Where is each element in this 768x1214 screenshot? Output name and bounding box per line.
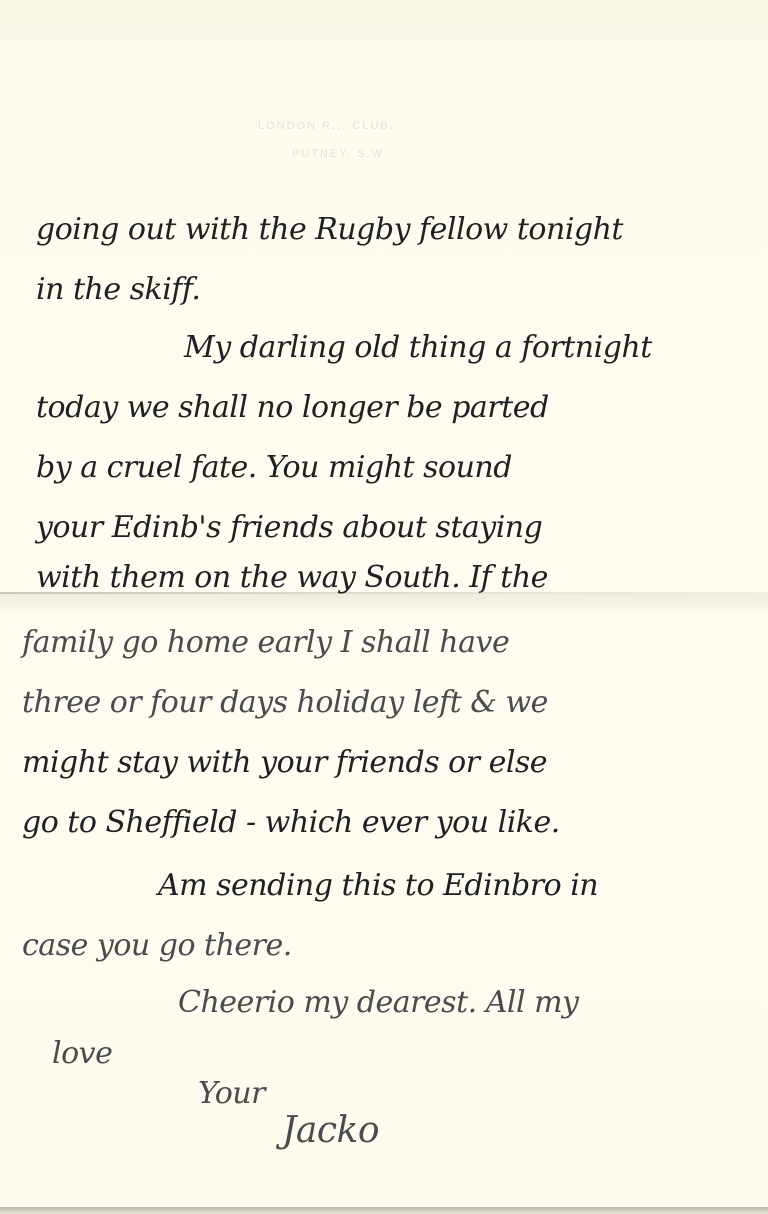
handwritten-line-10: might stay with your friends or else [22,745,547,780]
paper-fold-shadow [0,594,768,616]
handwritten-line-13: case you go there. [22,928,292,963]
handwritten-line-11: go to Sheffield - which ever you like. [22,805,560,840]
page-bottom-edge [0,1207,768,1214]
handwritten-line-14: Cheerio my dearest. All my [178,985,579,1020]
handwritten-line-2: in the skiff. [36,272,200,307]
handwritten-line-8: family go home early I shall have [22,625,509,660]
letterhead-line-1: LONDON R... CLUB, [258,112,395,140]
handwritten-line-6: your Edinb's friends about staying [36,510,542,545]
handwritten-line-7: with them on the way South. If the [36,560,548,595]
letterhead-line-2: PUTNEY, S.W. [258,140,395,168]
signature: Jacko [282,1110,379,1151]
handwritten-line-5: by a cruel fate. You might sound [36,450,512,485]
handwritten-line-1: going out with the Rugby fellow tonight [36,212,623,247]
handwritten-line-12: Am sending this to Edinbro in [158,868,598,903]
letterhead: LONDON R... CLUB, PUTNEY, S.W. [258,112,395,168]
handwritten-line-4: today we shall no longer be parted [36,390,549,425]
handwritten-line-3: My darling old thing a fortnight [184,330,652,365]
handwritten-closing: Your [198,1076,265,1111]
handwritten-line-15: love [52,1036,112,1071]
handwritten-line-9: three or four days holiday left & we [22,685,548,720]
